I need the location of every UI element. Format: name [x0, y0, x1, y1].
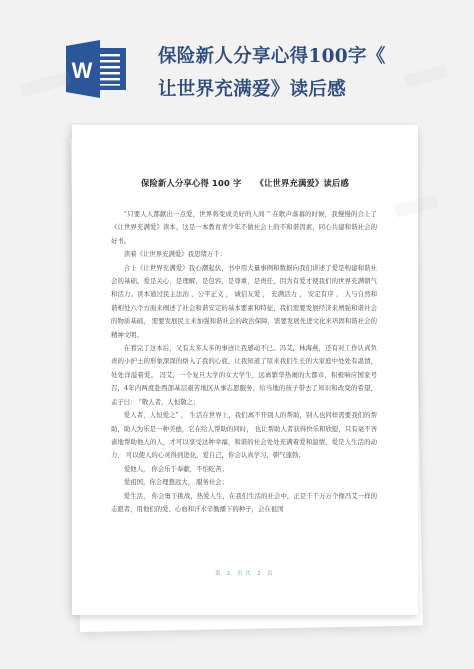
- document-title: 保险新人分享心得 100 字《让世界充满爱》读后感: [72, 177, 418, 189]
- paragraph: “只要人人都献出一点爱，世界将变成美好的人间 ” 在歌声落幕的时候，我慢慢的合上…: [111, 208, 377, 248]
- paragraph: 读着《让世界充满爱》我思绪万千：: [111, 248, 377, 261]
- paragraph: 爱他人， 你会乐于奉献，不怕吃苦；: [111, 463, 377, 476]
- title-line-1: 保险新人分享心得100字《: [158, 40, 418, 73]
- preview-title: 保险新人分享心得100字《 让世界充满爱》读后感: [158, 40, 418, 106]
- document-body: “只要人人都献出一点爱，世界将变成美好的人间 ” 在歌声落幕的时候，我慢慢的合上…: [111, 208, 377, 516]
- document-title-part-1: 保险新人分享心得 100 字: [141, 178, 242, 188]
- preview-header: W 保险新人分享心得100字《 让世界充满爱》读后感: [0, 0, 474, 125]
- document-title-part-2: 《让世界充满爱》读后感: [256, 178, 349, 188]
- paragraph: 合上《让世界充满爱》我心潮起伏，书中用大量事例和数据向我们讲述了爱是构建和谐社会…: [111, 262, 377, 342]
- svg-text:W: W: [72, 58, 93, 83]
- paragraph: 爱人者，人恒爱之” ， 生活在世界上，我们离不开别人的帮助，别人也同样需要我们的…: [111, 409, 377, 463]
- paragraph: 在看完了这本后，又有太多太多的事迹让我感动不已。冯艾，林海燕，还有对工作认真负责…: [111, 342, 377, 409]
- title-line-2: 让世界充满爱》读后感: [158, 73, 418, 106]
- paragraph: 爱生活， 你会勇于挑战，热爱人生，在我们生活的社会中，正是千千万万个像冯艾一样的…: [111, 490, 377, 517]
- paragraph: 爱祖国，你会理想远大， 服务社会；: [111, 476, 377, 489]
- page-number-footer: 第 1 页共 2 页: [72, 569, 418, 577]
- document-page: 保险新人分享心得 100 字《让世界充满爱》读后感 “只要人人都献出一点爱，世界…: [72, 125, 418, 615]
- word-document-icon: W: [66, 40, 128, 98]
